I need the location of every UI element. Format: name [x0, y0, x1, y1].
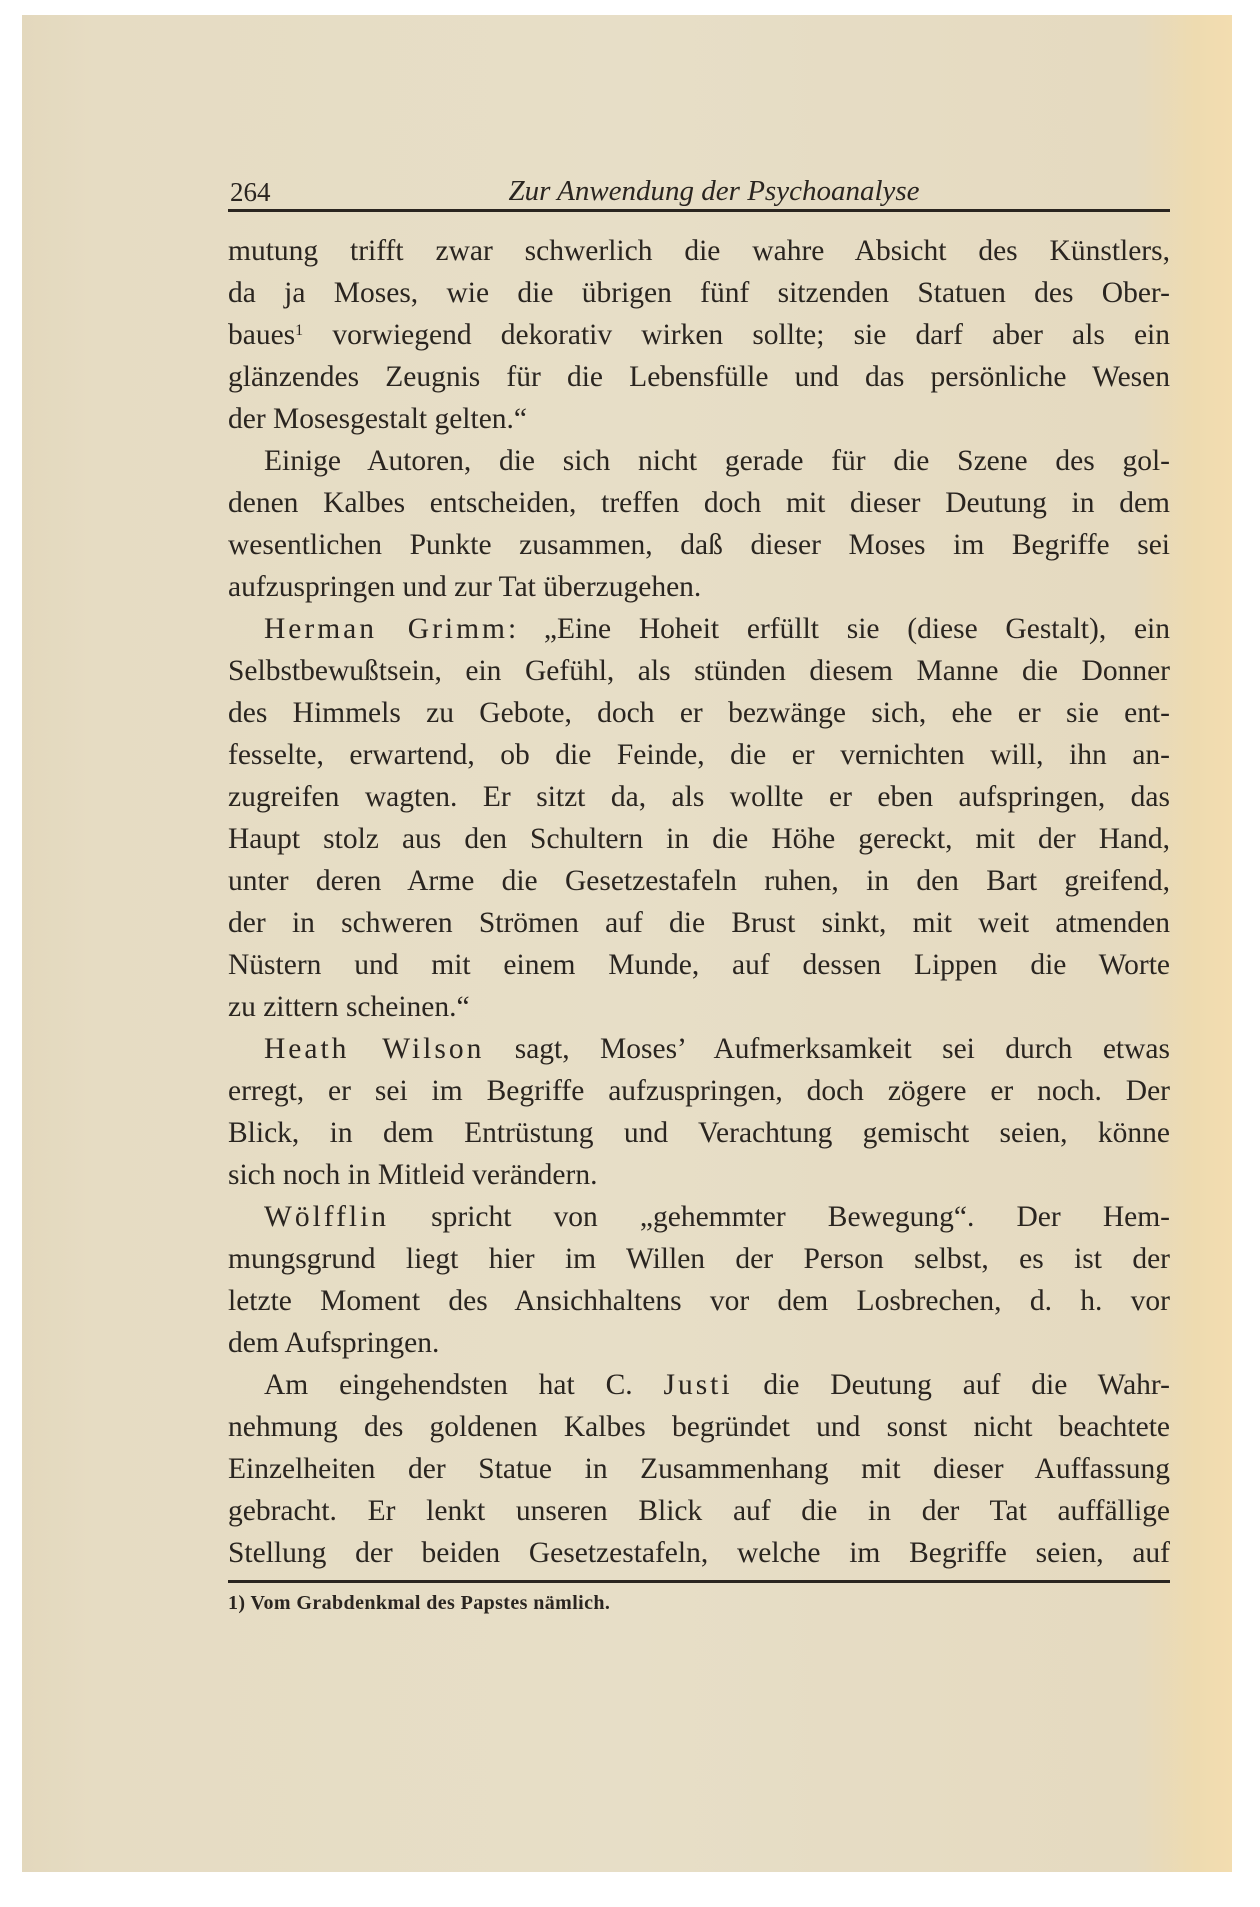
- author-name: Wölfflin: [264, 1201, 389, 1233]
- author-name: Justi: [663, 1369, 732, 1401]
- paragraph: Herman Grimm: „Eine Hoheit erfüllt sie (…: [228, 608, 1170, 1028]
- text-line: nehmung des goldenen Kalbes begründet un…: [228, 1406, 1170, 1448]
- paragraph: Wölfflin spricht von „gehemmter Bewegung…: [228, 1196, 1170, 1364]
- text-line: mutung trifft zwar schwerlich die wahre …: [228, 230, 1170, 272]
- text-line: Einzelheiten der Statue in Zusammenhang …: [228, 1448, 1170, 1490]
- text-line: zugreifen wagten. Er sitzt da, als wollt…: [228, 776, 1170, 818]
- text-line: erregt, er sei im Begriffe aufzuspringen…: [228, 1070, 1170, 1112]
- footnote-text: Vom Grabdenkmal des Papstes nämlich.: [251, 1592, 611, 1614]
- text-block: 264 Zur Anwendung der Psychoanalyse mutu…: [228, 165, 1170, 1617]
- text-line: dem Aufspringen.: [228, 1322, 1170, 1364]
- text-fragment: baues: [228, 319, 295, 351]
- text-line: glänzendes Zeugnis für die Lebensfülle u…: [228, 356, 1170, 398]
- body-text: mutung trifft zwar schwerlich die wahre …: [228, 230, 1170, 1574]
- text-fragment: spricht von „gehemmter Bewegung“. Der He…: [389, 1201, 1170, 1233]
- text-line: Herman Grimm: „Eine Hoheit erfüllt sie (…: [228, 608, 1170, 650]
- text-line: baues1 vorwiegend dekorativ wirken sollt…: [228, 314, 1170, 356]
- text-line: Nüstern und mit einem Munde, auf dessen …: [228, 944, 1170, 986]
- text-line: Heath Wilson sagt, Moses’ Aufmerksamkeit…: [228, 1028, 1170, 1070]
- text-line: der in schweren Strömen auf die Brust si…: [228, 902, 1170, 944]
- text-line: wesentlichen Punkte zusammen, daß dieser…: [228, 524, 1170, 566]
- text-line: sich noch in Mitleid verändern.: [228, 1154, 1170, 1196]
- text-line: der Mosesgestalt gelten.“: [228, 398, 1170, 440]
- text-line: des Himmels zu Gebote, doch er bezwänge …: [228, 692, 1170, 734]
- footnote-marker[interactable]: 1: [295, 322, 303, 339]
- text-line: unter deren Arme die Gesetzestafeln ruhe…: [228, 860, 1170, 902]
- author-name: Herman Grimm: [264, 613, 508, 645]
- paragraph: Heath Wilson sagt, Moses’ Aufmerksamkeit…: [228, 1028, 1170, 1196]
- text-line: aufzuspringen und zur Tat überzugehen.: [228, 566, 1170, 608]
- footnote: 1) Vom Grabdenkmal des Papstes nämlich.: [228, 1589, 1170, 1617]
- text-fragment: sagt, Moses’ Aufmerksamkeit sei durch et…: [484, 1033, 1170, 1065]
- text-line: mungsgrund liegt hier im Willen der Pers…: [228, 1238, 1170, 1280]
- text-fragment: die Deutung auf die Wahr-: [733, 1369, 1170, 1401]
- author-name: Heath Wilson: [264, 1033, 484, 1065]
- book-page: 264 Zur Anwendung der Psychoanalyse mutu…: [22, 15, 1232, 1872]
- text-line: Haupt stolz aus den Schultern in die Höh…: [228, 818, 1170, 860]
- text-line: Wölfflin spricht von „gehemmter Bewegung…: [228, 1196, 1170, 1238]
- text-line: letzte Moment des Ansichhaltens vor dem …: [228, 1280, 1170, 1322]
- footnote-number: 1): [228, 1592, 245, 1614]
- paragraph: Am eingehendsten hat C. Justi die Deutun…: [228, 1364, 1170, 1574]
- text-line: Selbstbewußtsein, ein Gefühl, als stünde…: [228, 650, 1170, 692]
- running-title: Zur Anwendung der Psychoanalyse: [228, 175, 1170, 208]
- text-line: denen Kalbes entscheiden, treffen doch m…: [228, 482, 1170, 524]
- text-fragment: Am eingehendsten hat C.: [264, 1369, 663, 1401]
- running-head: 264 Zur Anwendung der Psychoanalyse: [228, 165, 1170, 212]
- text-fragment: vorwiegend dekorativ wirken sollte; sie …: [303, 319, 1170, 351]
- footnote-divider: [228, 1580, 1170, 1583]
- text-line: Einige Autoren, die sich nicht gerade fü…: [228, 440, 1170, 482]
- text-line: fesselte, erwartend, ob die Feinde, die …: [228, 734, 1170, 776]
- text-line: zu zittern scheinen.“: [228, 986, 1170, 1028]
- text-fragment: : „Eine Hoheit erfüllt sie (diese Gestal…: [508, 613, 1170, 645]
- text-line: Stellung der beiden Gesetzestafeln, welc…: [228, 1532, 1170, 1574]
- text-line: Blick, in dem Entrüstung und Verachtung …: [228, 1112, 1170, 1154]
- paragraph: Einige Autoren, die sich nicht gerade fü…: [228, 440, 1170, 608]
- text-line: da ja Moses, wie die übrigen fünf sitzen…: [228, 272, 1170, 314]
- paragraph: mutung trifft zwar schwerlich die wahre …: [228, 230, 1170, 440]
- text-line: gebracht. Er lenkt unseren Blick auf die…: [228, 1490, 1170, 1532]
- text-line: Am eingehendsten hat C. Justi die Deutun…: [228, 1364, 1170, 1406]
